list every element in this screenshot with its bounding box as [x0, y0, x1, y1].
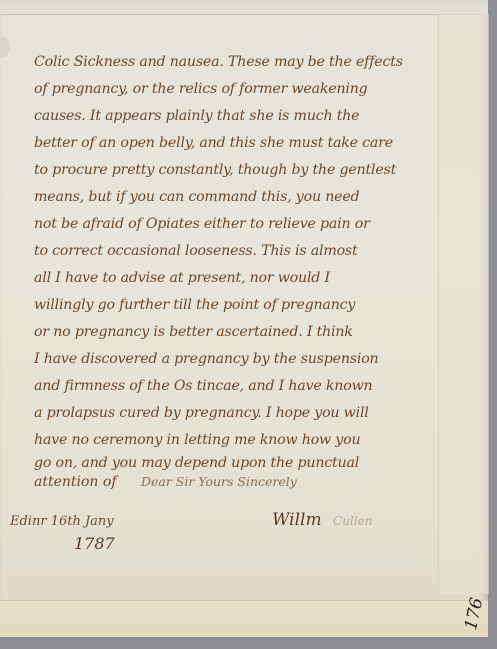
body-line: go on, and you may depend upon the punct… — [34, 455, 359, 471]
body-line: better of an open belly, and this she mu… — [34, 135, 393, 151]
body-line: to correct occasional looseness. This is… — [34, 243, 358, 259]
signature-faded: Cullen — [333, 514, 372, 528]
body-line: or no pregnancy is better ascertained. I… — [34, 324, 353, 340]
body-line: willingly go further till the point of p… — [34, 297, 355, 313]
body-line: a prolapsus cured by pregnancy. I hope y… — [34, 405, 369, 421]
dateline: Edinr 16th Jany — [10, 514, 114, 529]
page-fold — [0, 0, 488, 15]
page-margin-strip — [438, 14, 489, 594]
body-line: Colic Sickness and nausea. These may be … — [34, 54, 403, 70]
page-stain — [0, 36, 10, 58]
closing-line: attention of Dear Sir Yours Sincerely — [34, 474, 297, 490]
body-line: not be afraid of Opiates either to relie… — [34, 216, 370, 232]
body-line: means, but if you can command this, you … — [34, 189, 359, 205]
body-line: causes. It appears plainly that she is m… — [34, 108, 359, 124]
body-line: all I have to advise at present, nor wou… — [34, 270, 330, 286]
signature-name: Willm — [272, 510, 322, 530]
body-line: I have discovered a pregnancy by the sus… — [34, 351, 378, 367]
body-line: to procure pretty constantly, though by … — [34, 162, 396, 178]
signature: Willm Cullen — [272, 510, 372, 530]
body-line: and firmness of the Os tincae, and I hav… — [34, 378, 372, 394]
body-line: have no ceremony in letting me know how … — [34, 432, 360, 448]
closing-text: attention of — [34, 474, 117, 490]
page-bottom-edge — [0, 600, 488, 637]
letter-page: Colic Sickness and nausea. These may be … — [0, 0, 488, 636]
date-year: 1787 — [74, 534, 115, 553]
body-line: of pregnancy, or the relics of former we… — [34, 81, 368, 97]
salutation: Dear Sir Yours Sincerely — [141, 474, 297, 489]
